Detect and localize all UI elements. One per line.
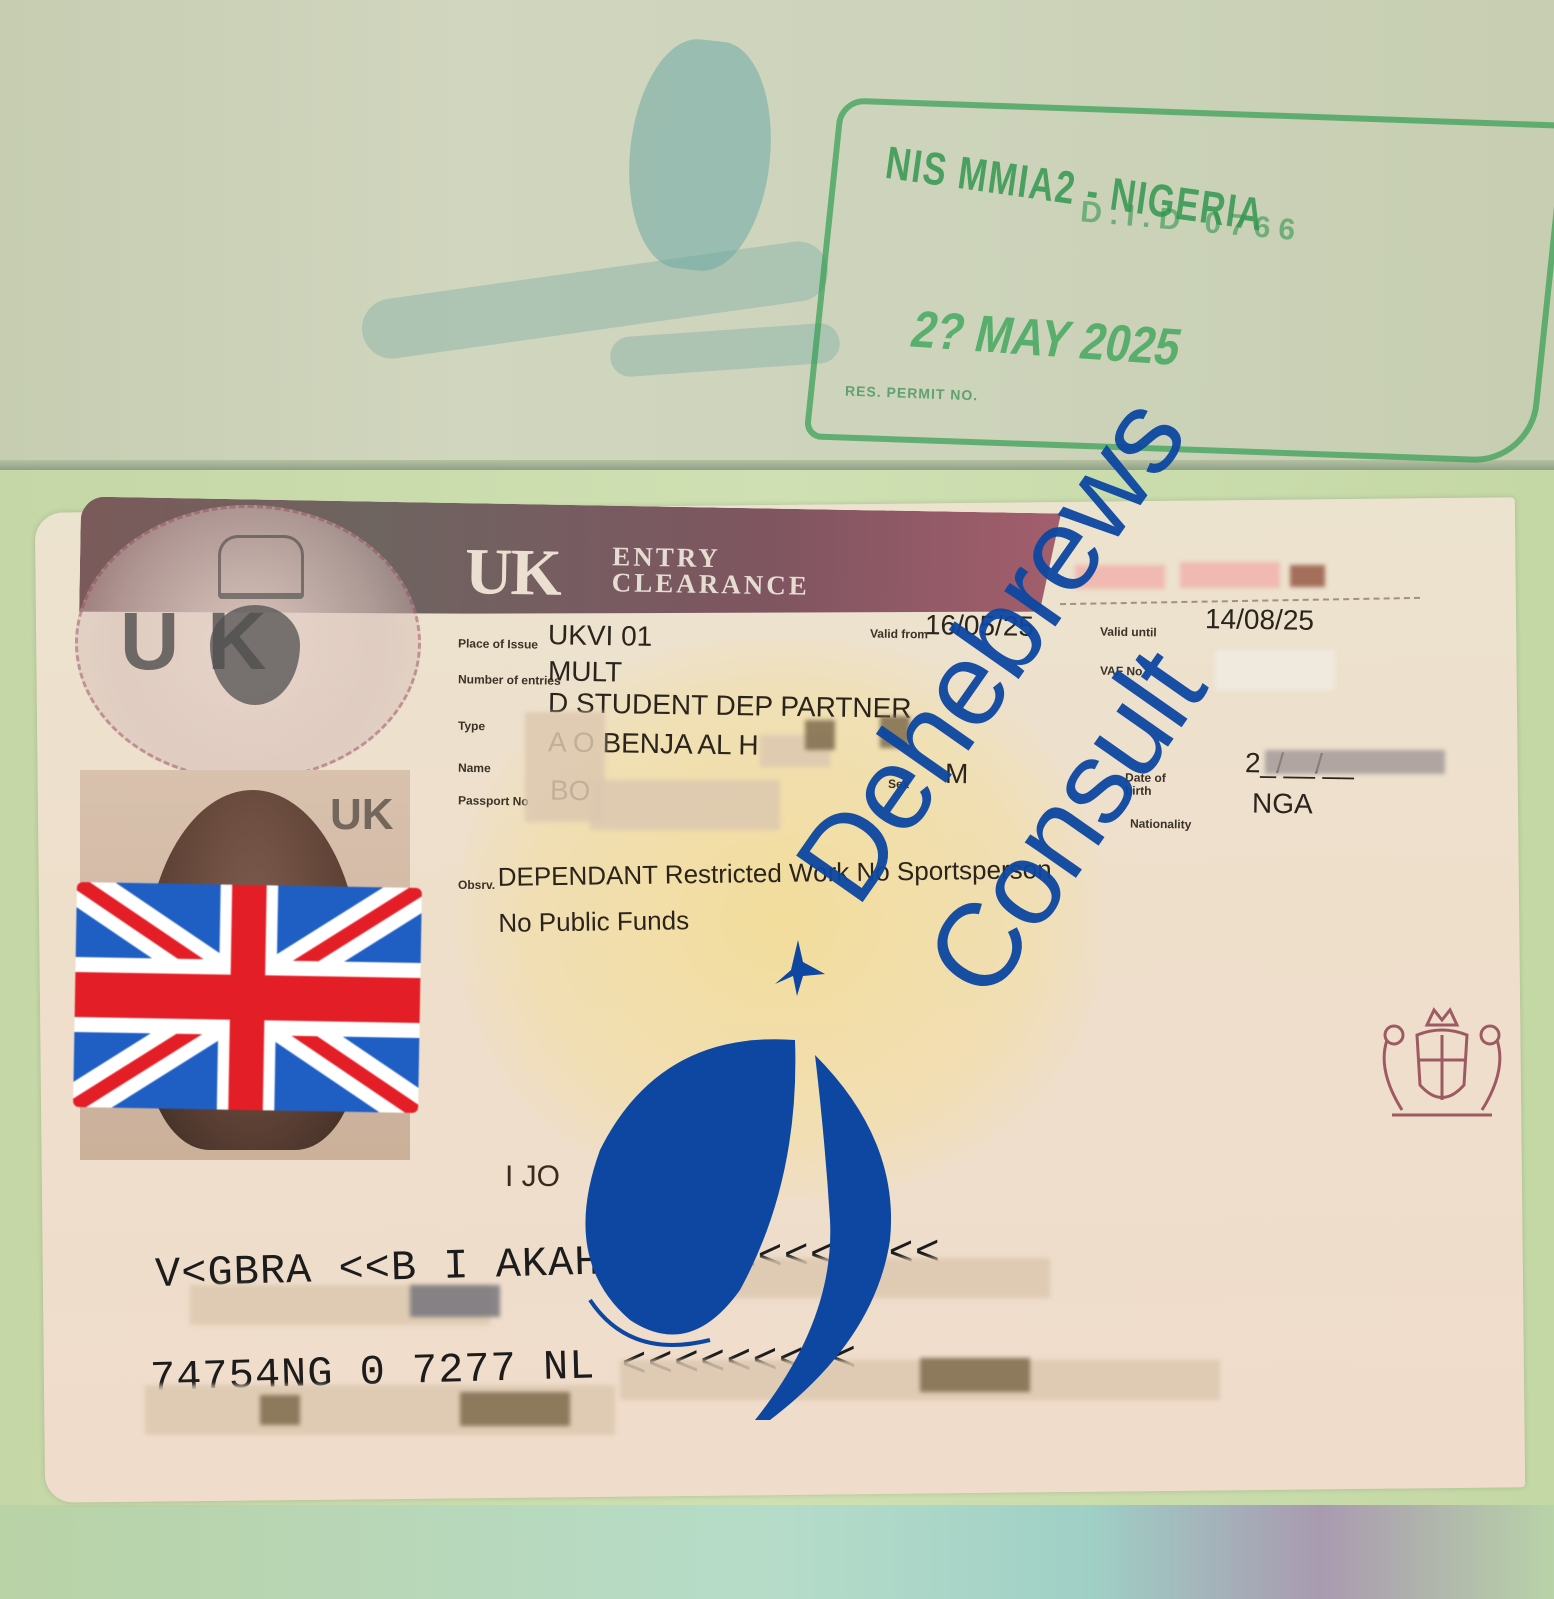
redaction-block [1215,650,1335,690]
ghost-print-figure [618,33,781,276]
label-name: Name [458,762,491,776]
redaction-block [1290,565,1325,587]
label-number-of-entries: Number of entries [458,673,561,688]
value-place-of-issue: UKVI 01 [548,619,653,653]
airplane-icon [775,940,825,996]
label-place-of-issue: Place of Issue [458,637,538,651]
value-valid-until: 14/08/25 [1205,603,1314,637]
photo-uk-label: UK [330,790,394,840]
uk-flag-icon [73,882,422,1113]
crown-icon [218,535,304,599]
signature-fragment: I JO [505,1160,560,1194]
banner-title: ENTRY CLEARANCE [612,543,811,598]
redaction-block [1180,562,1280,588]
redaction-block [260,1395,300,1425]
value-number-of-entries: MULT [548,655,623,688]
value-nationality: NGA [1252,788,1313,821]
redaction-block [460,1392,570,1426]
ghost-print-arm [609,322,841,378]
royal-coat-of-arms-icon [1372,1000,1512,1125]
redaction-block [920,1358,1030,1392]
redaction-block [1265,750,1445,774]
next-page-edge [0,1505,1554,1599]
label-observations: Obsrv. [458,878,495,892]
label-type: Type [458,720,485,733]
redaction-block [805,720,835,750]
banner-logo: UK [464,534,560,612]
redaction-block [410,1285,500,1317]
banner-title-line2: CLEARANCE [612,569,810,598]
redaction-block [590,780,780,830]
dehebrews-logo-icon [570,920,910,1420]
